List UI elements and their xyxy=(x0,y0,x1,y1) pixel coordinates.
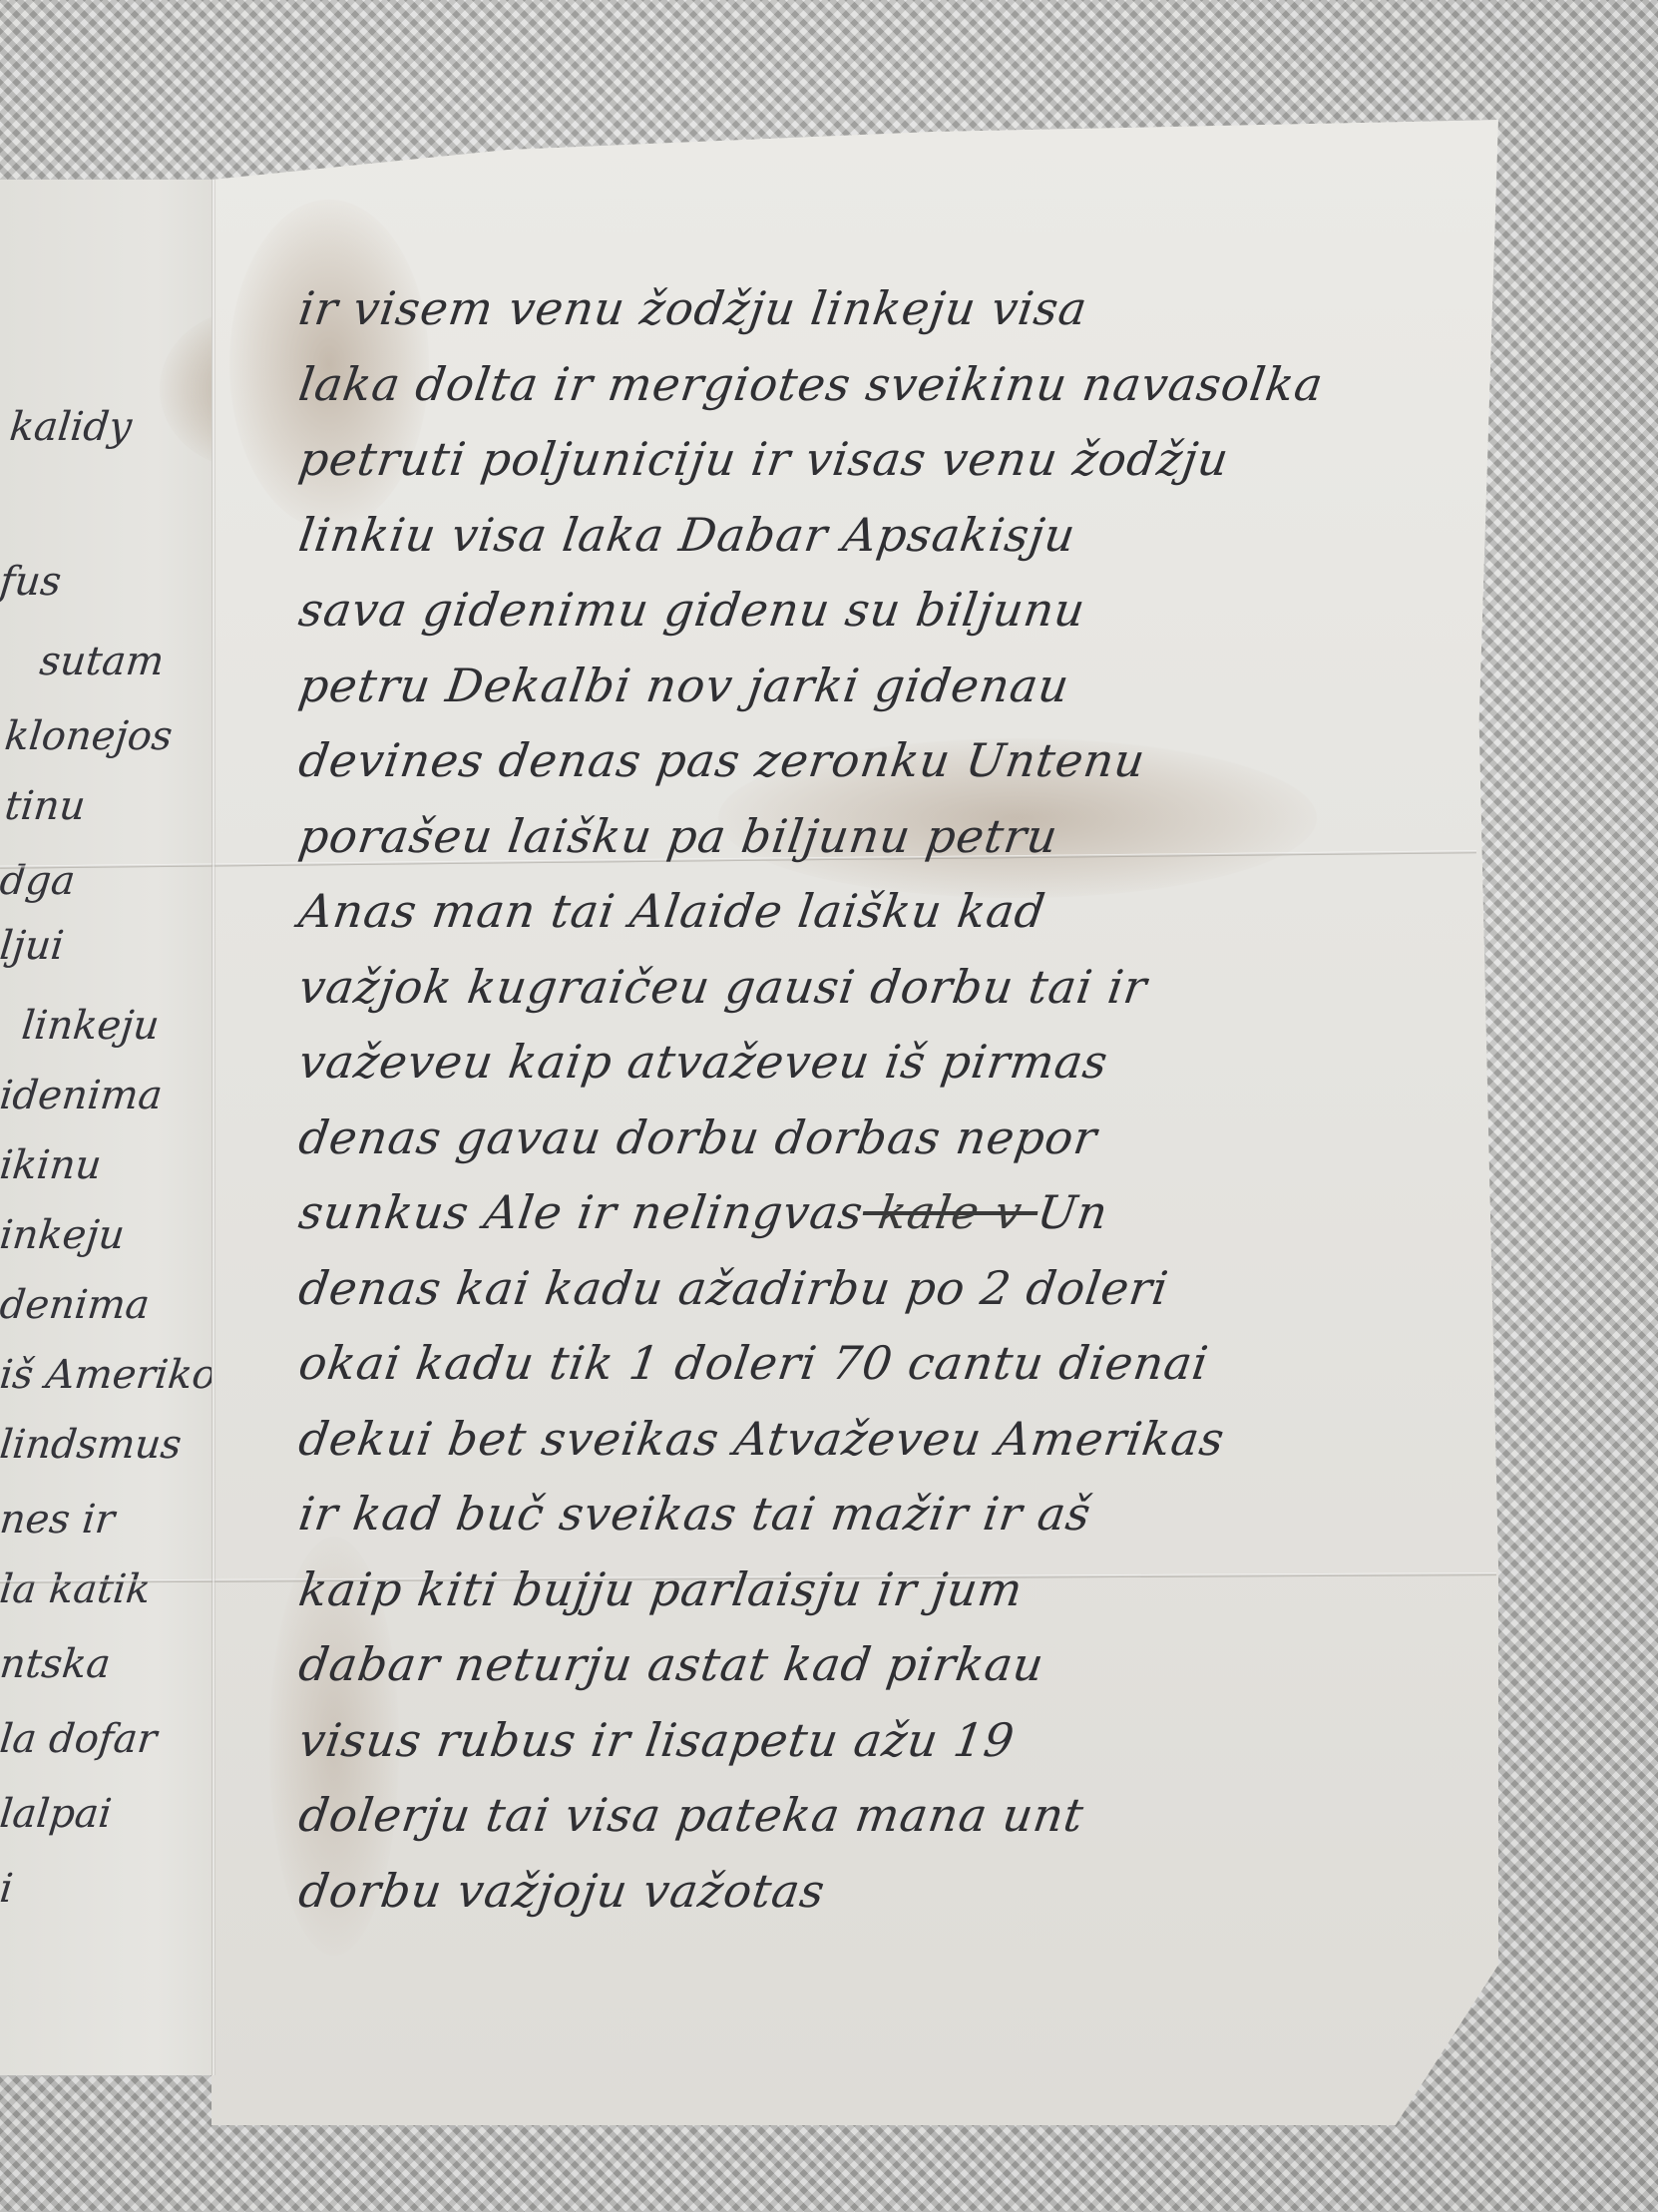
letter-line: denas gavau dorbu dorbas nepor xyxy=(294,1101,1482,1176)
letter-line: denas kai kadu ažadirbu po 2 doleri xyxy=(294,1251,1482,1327)
line-text: sunkus Ale ir nelingvas xyxy=(295,1185,867,1239)
letter-line: linkiu visa laka Dabar Apsakisju xyxy=(294,498,1482,574)
letter-line: važjok kugraičeu gausi dorbu tai ir xyxy=(294,950,1482,1026)
letter-line: okai kadu tik 1 doleri 70 cantu dienai xyxy=(294,1326,1482,1402)
line-text: denas gavau dorbu dorbas nepor xyxy=(295,1110,1100,1164)
left-letter-line: linkeju xyxy=(20,1003,162,1049)
left-letter-line: ikinu xyxy=(0,1142,104,1188)
left-letter-line: sutam xyxy=(38,639,167,684)
letter-line: ir kad buč sveikas tai mažir ir aš xyxy=(294,1477,1482,1552)
line-text: denas kai kadu ažadirbu po 2 doleri xyxy=(295,1261,1172,1315)
line-text: ir visem venu žodžju linkeju visa xyxy=(295,281,1090,335)
line-text: važeveu kaip atvaževeu iš pirmas xyxy=(295,1035,1111,1089)
letter-line: ir visem venu žodžju linkeju visa xyxy=(294,271,1482,347)
left-letter-line: inkeju xyxy=(0,1212,127,1258)
letter-line: porašeu laišku pa biljunu petru xyxy=(294,799,1482,875)
letter-line: dorbu važjoju važotas xyxy=(294,1854,1482,1930)
line-text: linkiu visa laka Dabar Apsakisju xyxy=(295,508,1078,562)
left-letter-line: iš Amerikos xyxy=(0,1352,239,1398)
left-letter-line: lindsmus xyxy=(0,1422,184,1468)
line-text: dorbu važjoju važotas xyxy=(295,1864,828,1918)
line-text: Anas man tai Alaide laišku kad xyxy=(295,884,1048,938)
left-letter-line: idenima xyxy=(0,1073,165,1118)
left-letter-line: ljui xyxy=(0,923,66,969)
left-letter-line: la katik xyxy=(0,1566,153,1612)
left-letter-line: lalpai xyxy=(0,1791,114,1837)
left-letter-line: tinu xyxy=(3,783,88,829)
line-text: dekui bet sveikas Atvaževeu Amerikas xyxy=(295,1412,1228,1466)
center-fold xyxy=(211,180,215,2075)
letter-line: petruti poljuniciju ir visas venu žodžju xyxy=(294,422,1482,498)
line-text: petru Dekalbi nov jarki gidenau xyxy=(295,659,1072,712)
line-text: sava gidenimu gidenu su biljunu xyxy=(295,583,1088,637)
left-letter-line: denima xyxy=(0,1282,152,1328)
left-letter-line: nes ir xyxy=(0,1497,117,1543)
line-text: porašeu laišku pa biljunu petru xyxy=(295,809,1061,863)
left-letter-line: ntska xyxy=(0,1641,113,1687)
line-text: visus rubus ir lisapetu ažu 19 xyxy=(295,1713,1018,1767)
letter-line: sava gidenimu gidenu su biljunu xyxy=(294,573,1482,649)
left-letter-line: klonejos xyxy=(3,713,175,759)
letter-line: sunkus Ale ir nelingvas kale v Un xyxy=(294,1175,1482,1251)
struck-out-word: kale v xyxy=(859,1185,1041,1239)
letter-line: visus rubus ir lisapetu ažu 19 xyxy=(294,1703,1482,1779)
letter-line: kaip kiti bujju parlaisju ir jum xyxy=(294,1552,1482,1628)
line-text: kaip kiti bujju parlaisju ir jum xyxy=(295,1562,1027,1616)
letter-line: laka dolta ir mergiotes sveikinu navasol… xyxy=(294,347,1482,423)
line-text: okai kadu tik 1 doleri 70 cantu dienai xyxy=(295,1336,1212,1390)
letter-line: devines denas pas zeronku Untenu xyxy=(294,723,1482,799)
letter-line: važeveu kaip atvaževeu iš pirmas xyxy=(294,1025,1482,1101)
line-text: petruti poljuniciju ir visas venu žodžju xyxy=(295,432,1232,486)
right-page-handwriting: ir visem venu žodžju linkeju visalaka do… xyxy=(299,271,1476,1929)
line-text: dabar neturju astat kad pirkau xyxy=(295,1637,1047,1691)
letter-line: dekui bet sveikas Atvaževeu Amerikas xyxy=(294,1402,1482,1478)
line-tail: Un xyxy=(1034,1185,1111,1239)
letter-line: dolerju tai visa pateka mana unt xyxy=(294,1778,1482,1854)
line-text: devines denas pas zeronku Untenu xyxy=(295,733,1148,787)
left-letter-line: fus xyxy=(0,559,64,605)
line-text: važjok kugraičeu gausi dorbu tai ir xyxy=(295,960,1150,1014)
letter-line: petru Dekalbi nov jarki gidenau xyxy=(294,649,1482,724)
line-text: laka dolta ir mergiotes sveikinu navasol… xyxy=(295,357,1327,411)
line-text: ir kad buč sveikas tai mažir ir aš xyxy=(295,1487,1094,1541)
left-letter-line: kalidy xyxy=(8,404,135,450)
line-text: dolerju tai visa pateka mana unt xyxy=(295,1788,1087,1842)
letter-line: dabar neturju astat kad pirkau xyxy=(294,1627,1482,1703)
left-letter-line: la dofar xyxy=(0,1716,159,1762)
letter-line: Anas man tai Alaide laišku kad xyxy=(294,874,1482,950)
